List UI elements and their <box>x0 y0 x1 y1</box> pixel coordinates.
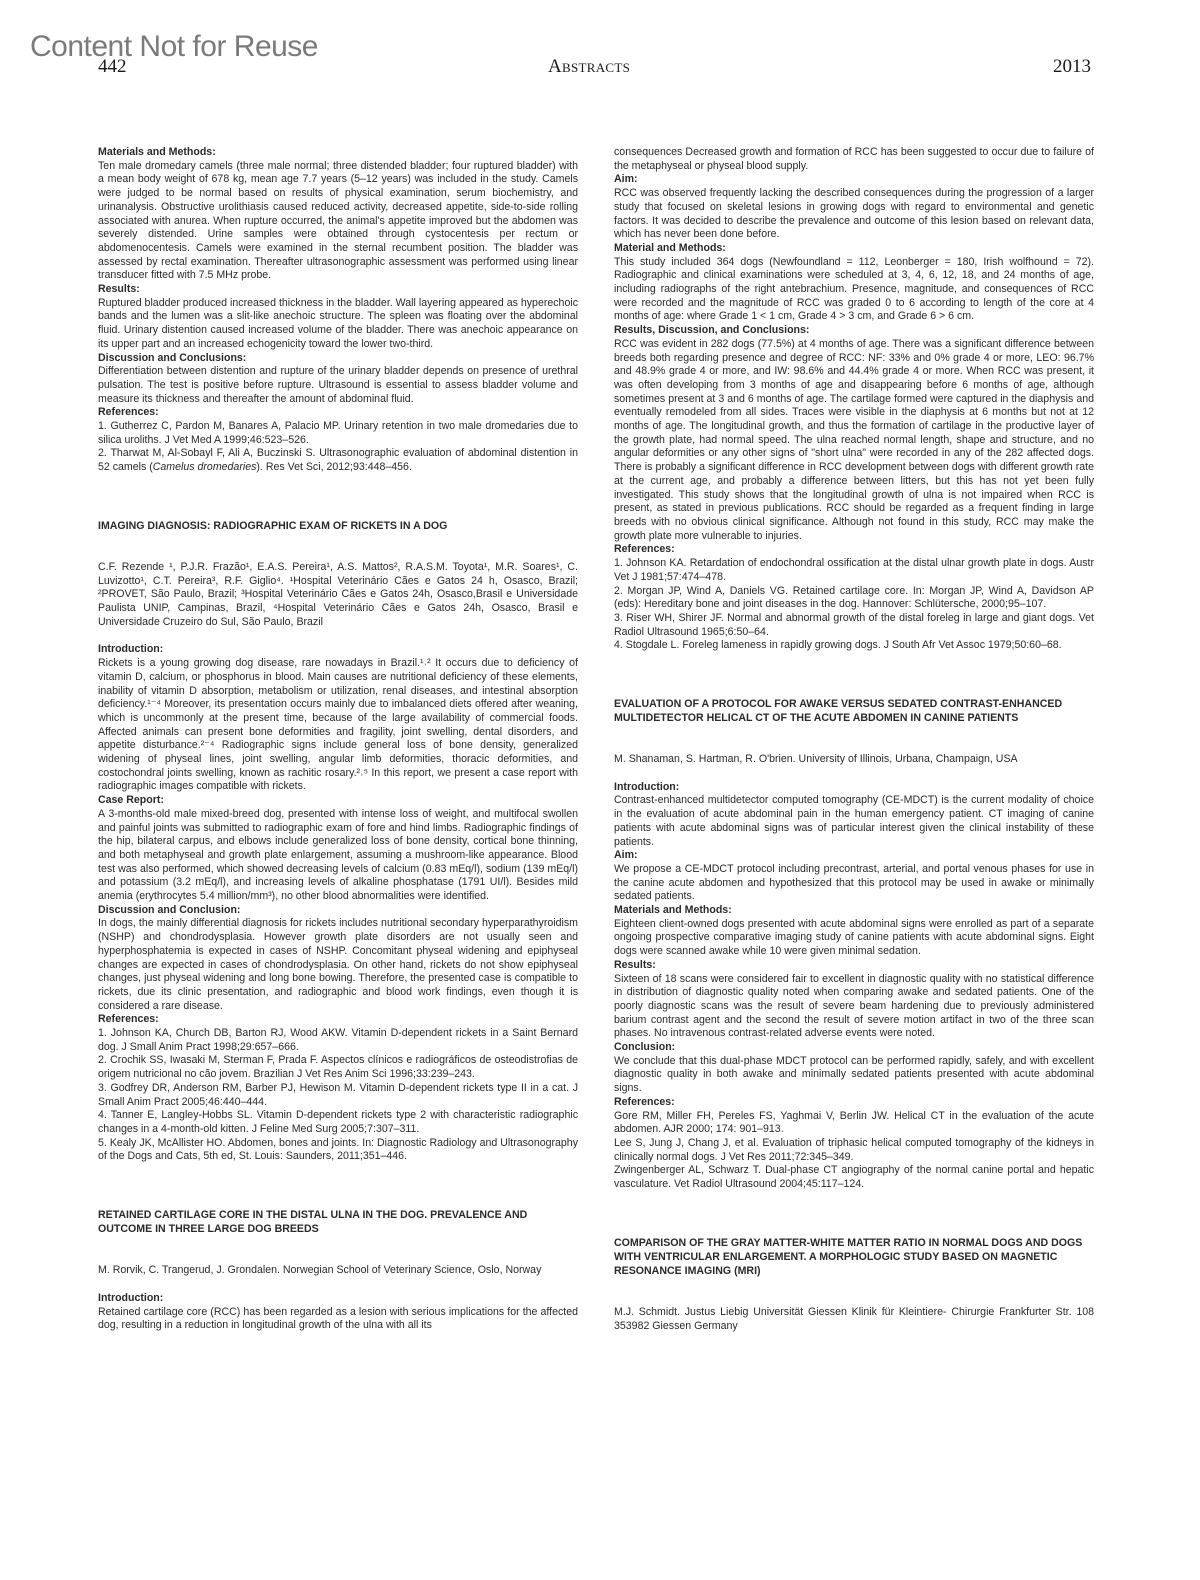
section-heading: Discussion and Conclusion: <box>98 904 578 918</box>
journal-year: 2013 <box>1053 56 1091 78</box>
abstract-title: COMPARISON OF THE GRAY MATTER-WHITE MATT… <box>614 1236 1094 1278</box>
section-heading: References: <box>614 1096 1094 1110</box>
paragraph: consequences Decreased growth and format… <box>614 146 1094 173</box>
section-heading: References: <box>614 543 1094 557</box>
author-affiliations: C.F. Rezende ¹, P.J.R. Frazão¹, E.A.S. P… <box>98 561 578 630</box>
section-heading: Aim: <box>614 173 1094 187</box>
author-affiliations: M.J. Schmidt. Justus Liebig Universität … <box>614 1306 1094 1333</box>
paragraph: Ten male dromedary camels (three male no… <box>98 160 578 283</box>
paragraph: This study included 364 dogs (Newfoundla… <box>614 256 1094 325</box>
journal-section-title: Abstracts <box>548 56 630 78</box>
reference-item: 2. Morgan JP, Wind A, Daniels VG. Retain… <box>614 585 1094 612</box>
author-affiliations: M. Shanaman, S. Hartman, R. O'brien. Uni… <box>614 753 1094 767</box>
reference-item: Zwingenberger AL, Schwarz T. Dual-phase … <box>614 1164 1094 1191</box>
left-column: Materials and Methods: Ten male dromedar… <box>98 146 578 1333</box>
section-heading: Introduction: <box>614 781 1094 795</box>
reference-text: ). Res Vet Sci, 2012;93:448–456. <box>256 461 411 473</box>
abstract-title: IMAGING DIAGNOSIS: RADIOGRAPHIC EXAM OF … <box>98 519 578 533</box>
page-number: 442 <box>98 56 127 78</box>
paragraph: RCC was observed frequently lacking the … <box>614 187 1094 242</box>
abstract-retained-cartilage-core-continued: consequences Decreased growth and format… <box>614 146 1094 653</box>
abstract-gray-white-matter-mri: COMPARISON OF THE GRAY MATTER-WHITE MATT… <box>614 1236 1094 1333</box>
species-name: Camelus dromedaries <box>153 461 257 473</box>
reference-item: Gore RM, Miller FH, Pereles FS, Yaghmai … <box>614 1110 1094 1137</box>
right-column: consequences Decreased growth and format… <box>614 146 1094 1333</box>
paragraph: A 3-months-old male mixed-breed dog, pre… <box>98 808 578 904</box>
reference-item: 4. Stogdale L. Foreleg lameness in rapid… <box>614 639 1094 653</box>
reference-item: 2. Crochik SS, Iwasaki M, Sterman F, Pra… <box>98 1054 578 1081</box>
section-heading: Materials and Methods: <box>614 904 1094 918</box>
section-heading: Results: <box>614 959 1094 973</box>
paragraph: Ruptured bladder produced increased thic… <box>98 297 578 352</box>
watermark: Content Not for Reuse <box>30 30 318 64</box>
section-heading: Conclusion: <box>614 1041 1094 1055</box>
paragraph: Retained cartilage core (RCC) has been r… <box>98 1306 578 1333</box>
section-heading: Case Report: <box>98 794 578 808</box>
abstract-ct-acute-abdomen: EVALUATION OF A PROTOCOL FOR AWAKE VERSU… <box>614 697 1094 1192</box>
section-heading: References: <box>98 1013 578 1027</box>
reference-item: 4. Tanner E, Langley-Hobbs SL. Vitamin D… <box>98 1109 578 1136</box>
abstract-camel-bladder: Materials and Methods: Ten male dromedar… <box>98 146 578 475</box>
paragraph: RCC was evident in 282 dogs (77.5%) at 4… <box>614 338 1094 544</box>
section-heading: Introduction: <box>98 1292 578 1306</box>
author-affiliations: M. Rorvik, C. Trangerud, J. Grondalen. N… <box>98 1264 578 1278</box>
reference-item: 1. Johnson KA, Church DB, Barton RJ, Woo… <box>98 1027 578 1054</box>
section-heading: Results: <box>98 283 578 297</box>
section-heading: Discussion and Conclusions: <box>98 352 578 366</box>
section-heading: References: <box>98 406 578 420</box>
section-heading: Introduction: <box>98 643 578 657</box>
abstract-title: EVALUATION OF A PROTOCOL FOR AWAKE VERSU… <box>614 697 1094 725</box>
reference-item: Lee S, Jung J, Chang J, et al. Evaluatio… <box>614 1137 1094 1164</box>
reference-item: 1. Johnson KA. Retardation of endochondr… <box>614 557 1094 584</box>
paragraph: Contrast-enhanced multidetector computed… <box>614 794 1094 849</box>
section-heading: Material and Methods: <box>614 242 1094 256</box>
abstract-title: RETAINED CARTILAGE CORE IN THE DISTAL UL… <box>98 1208 578 1236</box>
reference-item: 3. Godfrey DR, Anderson RM, Barber PJ, H… <box>98 1082 578 1109</box>
reference-item: 1. Gutherrez C, Pardon M, Banares A, Pal… <box>98 420 578 447</box>
reference-item: 3. Riser WH, Shirer JF. Normal and abnor… <box>614 612 1094 639</box>
section-heading: Materials and Methods: <box>98 146 578 160</box>
reference-item: 5. Kealy JK, McAllister HO. Abdomen, bon… <box>98 1137 578 1164</box>
paragraph: Sixteen of 18 scans were considered fair… <box>614 973 1094 1042</box>
paragraph: Eighteen client-owned dogs presented wit… <box>614 918 1094 959</box>
paragraph: We propose a CE-MDCT protocol including … <box>614 863 1094 904</box>
paragraph: In dogs, the mainly differential diagnos… <box>98 917 578 1013</box>
paragraph: Rickets is a young growing dog disease, … <box>98 657 578 794</box>
reference-item: 2. Tharwat M, Al-Sobayl F, Ali A, Buczin… <box>98 447 578 474</box>
abstract-rickets: IMAGING DIAGNOSIS: RADIOGRAPHIC EXAM OF … <box>98 519 578 1164</box>
abstract-retained-cartilage-core: RETAINED CARTILAGE CORE IN THE DISTAL UL… <box>98 1208 578 1333</box>
paragraph: We conclude that this dual-phase MDCT pr… <box>614 1055 1094 1096</box>
paragraph: Differentiation between distention and r… <box>98 365 578 406</box>
section-heading: Results, Discussion, and Conclusions: <box>614 324 1094 338</box>
section-heading: Aim: <box>614 849 1094 863</box>
